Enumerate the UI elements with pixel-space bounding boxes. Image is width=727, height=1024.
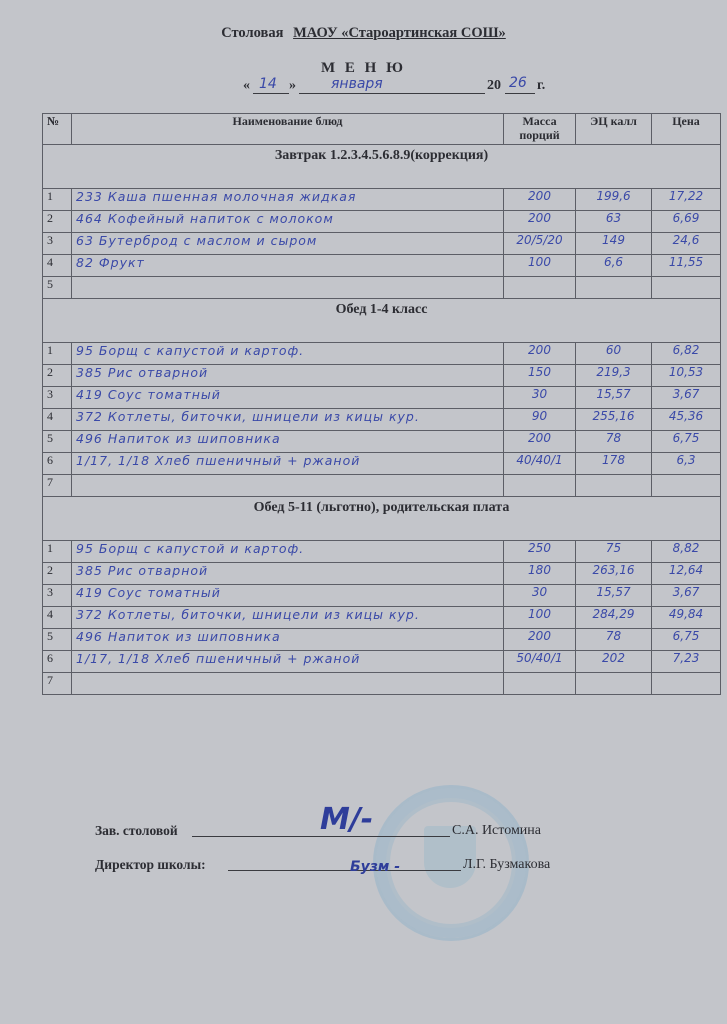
column-header-price: Цена (652, 114, 721, 145)
table-row: 3419 Соус томатный3015,573,67 (43, 387, 721, 409)
table-row: 363 Бутерброд с маслом и сыром20/5/20149… (43, 233, 721, 255)
mass-header-line2: порций (508, 128, 571, 142)
energy-kcal: 60 (576, 343, 652, 365)
table-row: 4372 Котлеты, биточки, шницели из кицы к… (43, 607, 721, 629)
date-month: января (331, 76, 383, 92)
section-title: Завтрак 1.2.3.4.5.6.8.9(коррекция) (43, 145, 721, 189)
price: 10,53 (652, 365, 721, 387)
energy-kcal: 78 (576, 431, 652, 453)
energy-kcal: 219,3 (576, 365, 652, 387)
row-number: 3 (43, 585, 72, 607)
energy-kcal: 6,6 (576, 255, 652, 277)
table-row: 7 (43, 475, 721, 497)
portion-mass: 50/40/1 (504, 651, 576, 673)
energy-kcal: 202 (576, 651, 652, 673)
dish-name: 419 Соус томатный (72, 387, 504, 409)
portion-mass: 30 (504, 387, 576, 409)
row-number: 4 (43, 409, 72, 431)
table-row: 5496 Напиток из шиповника200786,75 (43, 431, 721, 453)
date-close-quote: » (289, 78, 296, 94)
dish-name: 233 Каша пшенная молочная жидкая (72, 189, 504, 211)
energy-kcal: 15,57 (576, 585, 652, 607)
menu-date: « 14 » января 20 26 г. (243, 76, 573, 96)
table-row: 3419 Соус томатный3015,573,67 (43, 585, 721, 607)
column-header-energy-kcal: ЭЦ калл (576, 114, 652, 145)
table-row: 2385 Рис отварной150219,310,53 (43, 365, 721, 387)
price: 6,75 (652, 629, 721, 651)
energy-kcal: 75 (576, 541, 652, 563)
section-header-row: Обед 5-11 (льготно), родительская плата (43, 497, 721, 541)
day-underline (253, 93, 289, 94)
energy-kcal: 255,16 (576, 409, 652, 431)
director-signature: Бузм - (350, 859, 400, 875)
director-name: Л.Г. Бузмакова (463, 857, 550, 873)
date-open-quote: « (243, 78, 250, 94)
energy-kcal: 78 (576, 629, 652, 651)
column-header-dish-name: Наименование блюд (72, 114, 504, 145)
dish-name: 95 Борщ с капустой и картоф. (72, 343, 504, 365)
section-title: Обед 1-4 класс (43, 299, 721, 343)
portion-mass: 200 (504, 629, 576, 651)
year-underline (505, 93, 535, 94)
energy-kcal: 149 (576, 233, 652, 255)
canteen-head-signature: М/- (320, 802, 373, 837)
table-header-row: № Наименование блюд Масса порций ЭЦ калл… (43, 114, 721, 145)
price: 6,82 (652, 343, 721, 365)
table-row: 61/17, 1/18 Хлеб пшеничный + ржаной50/40… (43, 651, 721, 673)
mass-header-line1: Масса (508, 114, 571, 128)
energy-kcal: 63 (576, 211, 652, 233)
price: 11,55 (652, 255, 721, 277)
director-signature-row: Директор школы: Бузм - Л.Г. Бузмакова (95, 853, 615, 873)
price: 7,23 (652, 651, 721, 673)
table-row: 2464 Кофейный напиток с молоком200636,69 (43, 211, 721, 233)
row-number: 2 (43, 563, 72, 585)
table-row: 5 (43, 277, 721, 299)
table-row: 61/17, 1/18 Хлеб пшеничный + ржаной40/40… (43, 453, 721, 475)
price: 45,36 (652, 409, 721, 431)
dish-name: 63 Бутерброд с маслом и сыром (72, 233, 504, 255)
canteen-head-signature-row: Зав. столовой М/- С.А. Истомина (95, 819, 615, 839)
table-row: 195 Борщ с капустой и картоф.250758,82 (43, 541, 721, 563)
dish-name: 385 Рис отварной (72, 563, 504, 585)
price (652, 277, 721, 299)
row-number: 4 (43, 255, 72, 277)
menu-table-body: Завтрак 1.2.3.4.5.6.8.9(коррекция)1233 К… (43, 145, 721, 695)
price: 24,6 (652, 233, 721, 255)
date-day: 14 (259, 76, 277, 92)
section-header-row: Завтрак 1.2.3.4.5.6.8.9(коррекция) (43, 145, 721, 189)
row-number: 7 (43, 673, 72, 695)
price: 17,22 (652, 189, 721, 211)
section-header-row: Обед 1-4 класс (43, 299, 721, 343)
portion-mass: 40/40/1 (504, 453, 576, 475)
price: 12,64 (652, 563, 721, 585)
dish-name: 496 Напиток из шиповника (72, 629, 504, 651)
column-header-portion-mass: Масса порций (504, 114, 576, 145)
date-year-unit: г. (537, 78, 545, 94)
column-header-number: № (43, 114, 72, 145)
director-signature-line (228, 870, 461, 871)
row-number: 2 (43, 211, 72, 233)
dish-name: 95 Борщ с капустой и картоф. (72, 541, 504, 563)
price (652, 475, 721, 497)
director-label: Директор школы: (95, 857, 206, 873)
row-number: 6 (43, 453, 72, 475)
dish-name: 464 Кофейный напиток с молоком (72, 211, 504, 233)
portion-mass: 200 (504, 431, 576, 453)
portion-mass: 90 (504, 409, 576, 431)
price (652, 673, 721, 695)
row-number: 7 (43, 475, 72, 497)
energy-kcal: 15,57 (576, 387, 652, 409)
dish-name: 372 Котлеты, биточки, шницели из кицы ку… (72, 607, 504, 629)
portion-mass: 200 (504, 343, 576, 365)
table-row: 482 Фрукт1006,611,55 (43, 255, 721, 277)
portion-mass (504, 475, 576, 497)
dish-name: 385 Рис отварной (72, 365, 504, 387)
row-number: 1 (43, 541, 72, 563)
page-title: М Е Н Ю (0, 60, 727, 77)
portion-mass: 30 (504, 585, 576, 607)
portion-mass (504, 673, 576, 695)
portion-mass: 250 (504, 541, 576, 563)
price: 3,67 (652, 585, 721, 607)
row-number: 3 (43, 387, 72, 409)
organization-name: МАОУ «Староартинская СОШ» (293, 25, 506, 41)
energy-kcal (576, 475, 652, 497)
portion-mass: 150 (504, 365, 576, 387)
canteen-head-label: Зав. столовой (95, 823, 178, 839)
price: 8,82 (652, 541, 721, 563)
row-number: 4 (43, 607, 72, 629)
dish-name: 419 Соус томатный (72, 585, 504, 607)
dish-name (72, 475, 504, 497)
menu-table: № Наименование блюд Масса порций ЭЦ калл… (42, 113, 721, 695)
portion-mass: 20/5/20 (504, 233, 576, 255)
portion-mass: 200 (504, 189, 576, 211)
row-number: 1 (43, 189, 72, 211)
portion-mass: 200 (504, 211, 576, 233)
dish-name: 496 Напиток из шиповника (72, 431, 504, 453)
row-number: 2 (43, 365, 72, 387)
table-row: 5496 Напиток из шиповника200786,75 (43, 629, 721, 651)
canteen-header: Столовая МАОУ «Староартинская СОШ» (0, 25, 727, 42)
table-row: 1233 Каша пшенная молочная жидкая200199,… (43, 189, 721, 211)
portion-mass: 180 (504, 563, 576, 585)
energy-kcal: 263,16 (576, 563, 652, 585)
energy-kcal (576, 277, 652, 299)
dish-name: 1/17, 1/18 Хлеб пшеничный + ржаной (72, 453, 504, 475)
canteen-head-name: С.А. Истомина (452, 823, 541, 839)
price: 6,69 (652, 211, 721, 233)
dish-name (72, 673, 504, 695)
section-title: Обед 5-11 (льготно), родительская плата (43, 497, 721, 541)
price: 6,75 (652, 431, 721, 453)
table-row: 195 Борщ с капустой и картоф.200606,82 (43, 343, 721, 365)
energy-kcal: 284,29 (576, 607, 652, 629)
table-row: 4372 Котлеты, биточки, шницели из кицы к… (43, 409, 721, 431)
menu-document: Столовая МАОУ «Староартинская СОШ» М Е Н… (0, 0, 727, 1024)
table-row: 7 (43, 673, 721, 695)
portion-mass: 100 (504, 607, 576, 629)
row-number: 5 (43, 277, 72, 299)
dish-name: 372 Котлеты, биточки, шницели из кицы ку… (72, 409, 504, 431)
portion-mass: 100 (504, 255, 576, 277)
price: 3,67 (652, 387, 721, 409)
price: 6,3 (652, 453, 721, 475)
date-year-prefix: 20 (487, 78, 501, 94)
row-number: 5 (43, 629, 72, 651)
energy-kcal: 199,6 (576, 189, 652, 211)
row-number: 3 (43, 233, 72, 255)
row-number: 5 (43, 431, 72, 453)
row-number: 1 (43, 343, 72, 365)
energy-kcal: 178 (576, 453, 652, 475)
table-row: 2385 Рис отварной180263,1612,64 (43, 563, 721, 585)
energy-kcal (576, 673, 652, 695)
portion-mass (504, 277, 576, 299)
price: 49,84 (652, 607, 721, 629)
row-number: 6 (43, 651, 72, 673)
canteen-label: Столовая (221, 25, 283, 41)
date-year-suffix: 26 (509, 75, 527, 91)
dish-name: 1/17, 1/18 Хлеб пшеничный + ржаной (72, 651, 504, 673)
dish-name (72, 277, 504, 299)
dish-name: 82 Фрукт (72, 255, 504, 277)
month-underline (299, 93, 485, 94)
